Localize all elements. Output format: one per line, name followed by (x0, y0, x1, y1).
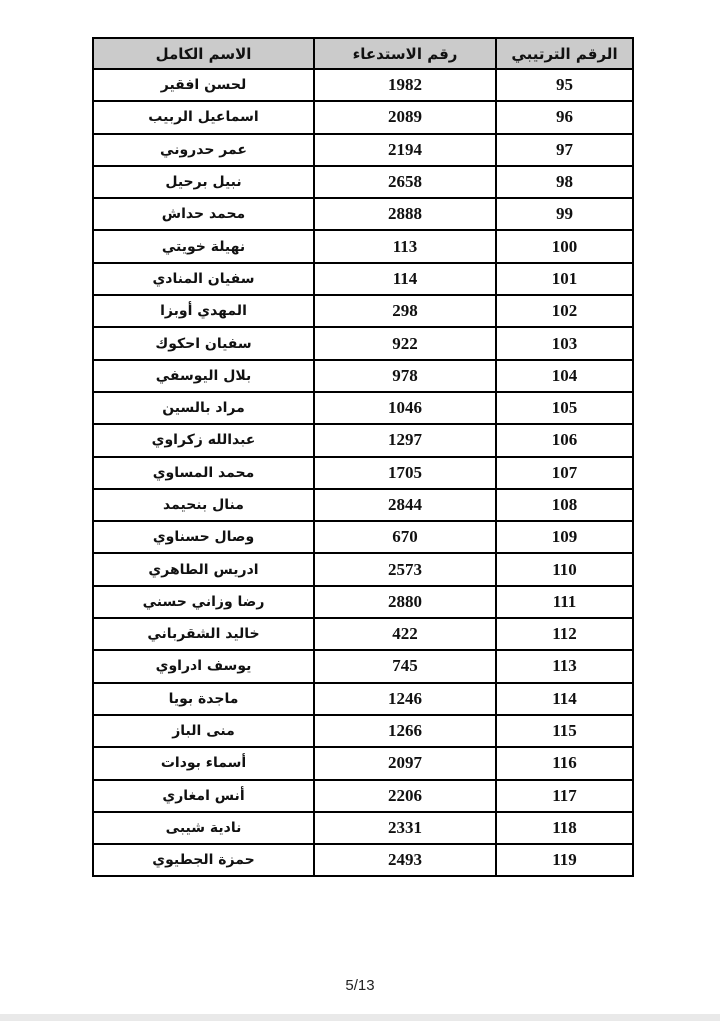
call-number-cell: 1046 (314, 392, 496, 424)
call-number-cell: 1266 (314, 715, 496, 747)
ordinal-cell: 113 (496, 650, 633, 682)
call-number-cell: 2097 (314, 747, 496, 779)
ordinal-cell: 97 (496, 134, 633, 166)
full-name-cell: محمد المساوي (93, 457, 314, 489)
ordinal-cell: 98 (496, 166, 633, 198)
call-number-cell: 298 (314, 295, 496, 327)
ordinal-cell: 118 (496, 812, 633, 844)
full-name-cell: سفيان المنادي (93, 263, 314, 295)
ordinal-cell: 117 (496, 780, 633, 812)
header-ordinal: الرقم الترتيبي (496, 38, 633, 69)
full-name-cell: رضا وزاني حسني (93, 586, 314, 618)
call-number-cell: 2880 (314, 586, 496, 618)
full-name-cell: منال بنحيمد (93, 489, 314, 521)
call-number-cell: 1705 (314, 457, 496, 489)
full-name-cell: المهدي أوبزا (93, 295, 314, 327)
table-row: 107 1705 محمد المساوي (93, 457, 633, 489)
bottom-strip (0, 1014, 720, 1021)
full-name-cell: عمر حدروني (93, 134, 314, 166)
table-row: 102 298 المهدي أوبزا (93, 295, 633, 327)
table-row: 96 2089 اسماعيل الربيب (93, 101, 633, 133)
table-row: 117 2206 أنس امغاري (93, 780, 633, 812)
call-number-cell: 2888 (314, 198, 496, 230)
table-row: 104 978 بلال اليوسفي (93, 360, 633, 392)
full-name-cell: محمد حداش (93, 198, 314, 230)
table-row: 110 2573 ادريس الطاهري (93, 553, 633, 585)
full-name-cell: سفيان احكوك (93, 327, 314, 359)
table-row: 109 670 وصال حسناوي (93, 521, 633, 553)
table-row: 113 745 يوسف ادراوي (93, 650, 633, 682)
table-row: 98 2658 نبيل برحيل (93, 166, 633, 198)
table-row: 111 2880 رضا وزاني حسني (93, 586, 633, 618)
call-number-cell: 2844 (314, 489, 496, 521)
ordinal-cell: 106 (496, 424, 633, 456)
ordinal-cell: 116 (496, 747, 633, 779)
ordinal-cell: 103 (496, 327, 633, 359)
call-number-cell: 1297 (314, 424, 496, 456)
call-number-cell: 2194 (314, 134, 496, 166)
ordinal-cell: 102 (496, 295, 633, 327)
call-number-cell: 922 (314, 327, 496, 359)
table-row: 103 922 سفيان احكوك (93, 327, 633, 359)
ordinal-cell: 114 (496, 683, 633, 715)
full-name-cell: لحسن افقير (93, 69, 314, 101)
ordinal-cell: 115 (496, 715, 633, 747)
full-name-cell: ادريس الطاهري (93, 553, 314, 585)
table-row: 105 1046 مراد بالسين (93, 392, 633, 424)
full-name-cell: يوسف ادراوي (93, 650, 314, 682)
table-row: 100 113 نهيلة خويتي (93, 230, 633, 262)
call-number-cell: 670 (314, 521, 496, 553)
call-number-cell: 113 (314, 230, 496, 262)
full-name-cell: نادية شيبى (93, 812, 314, 844)
table-row: 119 2493 حمزة الجطيوي (93, 844, 633, 876)
table-row: 115 1266 منى الباز (93, 715, 633, 747)
ordinal-cell: 107 (496, 457, 633, 489)
call-number-cell: 978 (314, 360, 496, 392)
table-row: 101 114 سفيان المنادي (93, 263, 633, 295)
table-row: 114 1246 ماجدة بويا (93, 683, 633, 715)
full-name-cell: نبيل برحيل (93, 166, 314, 198)
full-name-cell: عبدالله زكراوي (93, 424, 314, 456)
call-number-cell: 2331 (314, 812, 496, 844)
ordinal-cell: 109 (496, 521, 633, 553)
call-number-cell: 2658 (314, 166, 496, 198)
table-row: 112 422 خاليد الشقرباني (93, 618, 633, 650)
ordinal-cell: 95 (496, 69, 633, 101)
full-name-cell: ماجدة بويا (93, 683, 314, 715)
ordinal-cell: 96 (496, 101, 633, 133)
table-row: 106 1297 عبدالله زكراوي (93, 424, 633, 456)
full-name-cell: حمزة الجطيوي (93, 844, 314, 876)
call-number-cell: 114 (314, 263, 496, 295)
call-number-cell: 2573 (314, 553, 496, 585)
full-name-cell: اسماعيل الربيب (93, 101, 314, 133)
ordinal-cell: 99 (496, 198, 633, 230)
table-row: 116 2097 أسماء بودات (93, 747, 633, 779)
full-name-cell: مراد بالسين (93, 392, 314, 424)
call-number-cell: 1246 (314, 683, 496, 715)
call-number-cell: 2493 (314, 844, 496, 876)
full-name-cell: بلال اليوسفي (93, 360, 314, 392)
ordinal-cell: 110 (496, 553, 633, 585)
table-row: 99 2888 محمد حداش (93, 198, 633, 230)
page-number: 5/13 (0, 977, 720, 994)
ordinal-cell: 119 (496, 844, 633, 876)
table-row: 108 2844 منال بنحيمد (93, 489, 633, 521)
call-number-cell: 2089 (314, 101, 496, 133)
call-number-cell: 422 (314, 618, 496, 650)
full-name-cell: منى الباز (93, 715, 314, 747)
table-row: 95 1982 لحسن افقير (93, 69, 633, 101)
ordinal-cell: 112 (496, 618, 633, 650)
full-name-cell: أسماء بودات (93, 747, 314, 779)
table-header-row: الرقم الترتيبي رقم الاستدعاء الاسم الكام… (93, 38, 633, 69)
header-call-number: رقم الاستدعاء (314, 38, 496, 69)
call-number-cell: 1982 (314, 69, 496, 101)
full-name-cell: أنس امغاري (93, 780, 314, 812)
call-number-cell: 745 (314, 650, 496, 682)
table-row: 118 2331 نادية شيبى (93, 812, 633, 844)
ranking-table: الرقم الترتيبي رقم الاستدعاء الاسم الكام… (92, 37, 634, 877)
ordinal-cell: 111 (496, 586, 633, 618)
table-row: 97 2194 عمر حدروني (93, 134, 633, 166)
header-full-name: الاسم الكامل (93, 38, 314, 69)
full-name-cell: نهيلة خويتي (93, 230, 314, 262)
ordinal-cell: 101 (496, 263, 633, 295)
ordinal-cell: 100 (496, 230, 633, 262)
full-name-cell: خاليد الشقرباني (93, 618, 314, 650)
ordinal-cell: 108 (496, 489, 633, 521)
ordinal-cell: 104 (496, 360, 633, 392)
call-number-cell: 2206 (314, 780, 496, 812)
ordinal-cell: 105 (496, 392, 633, 424)
full-name-cell: وصال حسناوي (93, 521, 314, 553)
